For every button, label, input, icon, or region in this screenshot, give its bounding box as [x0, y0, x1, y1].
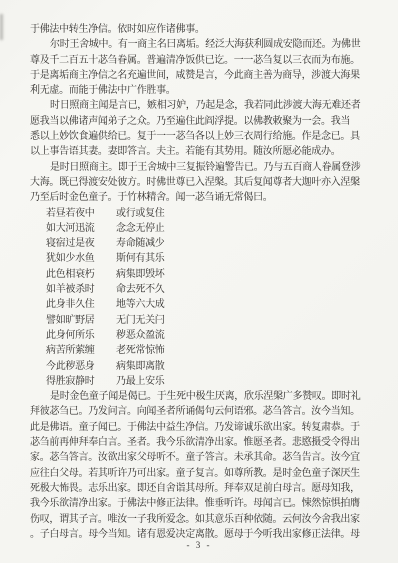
verse-left-column: 如羊被杀时 [46, 282, 98, 297]
page-number: - 3 - [0, 540, 398, 550]
verse-line: 若昼若夜中或行或复住 [30, 206, 374, 221]
verse-line: 譬如旷野居无门无关闩 [30, 313, 374, 328]
prose-line: 是时日照商主。即于王舍城中三复振铃遍警告已。乃与五百商人眷属登涉 [30, 160, 374, 175]
prose-line: 苾刍前再伸拜奉白言。圣者。我今乐欲清净出家。惟愿圣者。悲愍摄受令得出 [30, 435, 374, 450]
verse-line: 得胜寂静时乃最上安乐 [30, 374, 374, 389]
verse-left-column: 今此秽恶身 [46, 359, 98, 374]
verse-left-column: 此身非久住 [46, 297, 98, 312]
verse-line: 病苦所萦缠老死常惊怖 [30, 343, 374, 358]
verse-line: 此身非久住地等六大成 [30, 297, 374, 312]
verse-section: 若昼若夜中或行或复住如大河迅流念念无停止寝宿过是夜寿命随减少犹如少水鱼斯何有其乐… [30, 206, 374, 390]
verse-right-column: 斯何有其乐 [116, 251, 165, 266]
verse-right-column: 或行或复住 [116, 206, 165, 221]
verse-right-column: 病集即毁坏 [116, 267, 165, 282]
prose-line: 于是离垢商主净信之名充遍世间，咸赞是言，今此商主善为商导，涉渡大海果 [30, 68, 374, 83]
prose-line: 是时金色童子闻是偈已。于生死中极生厌离，欣乐涅槃广多赞叹。即时礼 [30, 389, 374, 404]
prose-line: 利无虚。而能于佛法中广作胜事。 [30, 83, 374, 98]
verse-line: 寝宿过是夜寿命随减少 [30, 236, 374, 251]
prose-line: 时日照商主闻是言已，嫉相习妒，乃起是念，我若同此涉渡大海无难还者 [30, 98, 374, 113]
prose-line: 愿我当以佛诸声闻弟子之众。乃至遍住此阎浮提。以佛教敕聚为一会。我当 [30, 114, 374, 129]
scan-edge-artifact [0, 14, 3, 40]
prose-line: 伤叹，谓其子言。唯汝一子我所爱念。如其意乐百种依随。云何汝今舍我出家 [30, 512, 374, 527]
prose-line: 大海。既已得渡安处彼方。时佛世尊已入涅槃。其后复闻尊者大迦叶亦入涅槃 [30, 175, 374, 190]
scanned-sutra-page: 于佛法中转生净信。依时如应作诸佛事。尔时王舍城中。有一商主名曰离垢。经泛大海获利… [0, 0, 398, 563]
prose-line: 尊及千二百五十苾刍眷属。普遍清净饭供已讫。一一苾刍复以三衣而为布施。 [30, 53, 374, 68]
verse-right-column: 寿命随减少 [116, 236, 165, 251]
prose-line: 以上事告语其妻。妻即答言。夫主。若能有其势用。随汝所愿必能成办。 [30, 144, 374, 159]
verse-left-column: 寝宿过是夜 [46, 236, 98, 251]
verse-line: 如大河迅流念念无停止 [30, 221, 374, 236]
verse-right-column: 无门无关闩 [116, 313, 165, 328]
verse-right-column: 老死常惊怖 [116, 343, 165, 358]
verse-left-column: 病苦所萦缠 [46, 343, 98, 358]
prose-line: 乃至后时金色童子。于竹林精舍。闻一苾刍诵无常偈曰。 [30, 190, 374, 205]
verse-right-column: 地等六大成 [116, 297, 165, 312]
verse-left-column: 此色相衰朽 [46, 267, 98, 282]
verse-left-column: 若昼若夜中 [46, 206, 98, 221]
verse-left-column: 譬如旷野居 [46, 313, 98, 328]
text-block: 于佛法中转生净信。依时如应作诸佛事。尔时王舍城中。有一商主名曰离垢。经泛大海获利… [30, 22, 374, 542]
prose-top-section: 于佛法中转生净信。依时如应作诸佛事。尔时王舍城中。有一商主名曰离垢。经泛大海获利… [30, 22, 374, 206]
verse-left-column: 得胜寂静时 [46, 374, 98, 389]
prose-line: 应往白父母。若其听许乃可出家。童子复言。如尊所教。是时金色童子深厌生 [30, 466, 374, 481]
prose-line: 于佛法中转生净信。依时如应作诸佛事。 [30, 22, 374, 37]
verse-line: 如羊被杀时命去死不久 [30, 282, 374, 297]
prose-line: 此是佛语。童子闻已。于佛法中益生净信。乃发谛诚乐欲出家。转复肃恭。于 [30, 420, 374, 435]
verse-left-column: 此身何所乐 [46, 328, 98, 343]
verse-left-column: 犹如少水鱼 [46, 251, 98, 266]
prose-line: 死极大怖畏。志乐出家。即还自舍诣其母所。拜奉双足前白母言。愿母知我， [30, 481, 374, 496]
verse-line: 此色相衰朽病集即毁坏 [30, 267, 374, 282]
prose-line: 家。苾刍答言。汝欲出家父母听不。童子答言。未承其命。苾刍告言。汝今宜 [30, 450, 374, 465]
verse-left-column: 如大河迅流 [46, 221, 98, 236]
verse-right-column: 乃最上安乐 [116, 374, 165, 389]
verse-right-column: 秽恶众盈流 [116, 328, 165, 343]
verse-right-column: 病集即离散 [116, 359, 165, 374]
verse-line: 犹如少水鱼斯何有其乐 [30, 251, 374, 266]
prose-line: 尔时王舍城中。有一商主名曰离垢。经泛大海获利圆成安隐而还。为佛世 [30, 37, 374, 52]
prose-bottom-section: 是时金色童子闻是偈已。于生死中极生厌离，欣乐涅槃广多赞叹。即时礼拜彼苾刍已。乃发… [30, 389, 374, 542]
prose-line: 拜彼苾刍已。乃发问言。向闻圣者所诵偈句云何语邪。苾刍答言。汝今当知。 [30, 404, 374, 419]
verse-line: 今此秽恶身病集即离散 [30, 359, 374, 374]
verse-right-column: 命去死不久 [116, 282, 165, 297]
verse-right-column: 念念无停止 [116, 221, 165, 236]
verse-line: 此身何所乐秽恶众盈流 [30, 328, 374, 343]
prose-line: 我今乐欲清净出家。于佛法中修正法律。惟垂听许。母闻言已。悚然惊惧拍膺 [30, 496, 374, 511]
prose-line: 悉以上妙饮食遍供给已。复于一一苾刍各以上妙三衣周行给施。作是念已。具 [30, 129, 374, 144]
